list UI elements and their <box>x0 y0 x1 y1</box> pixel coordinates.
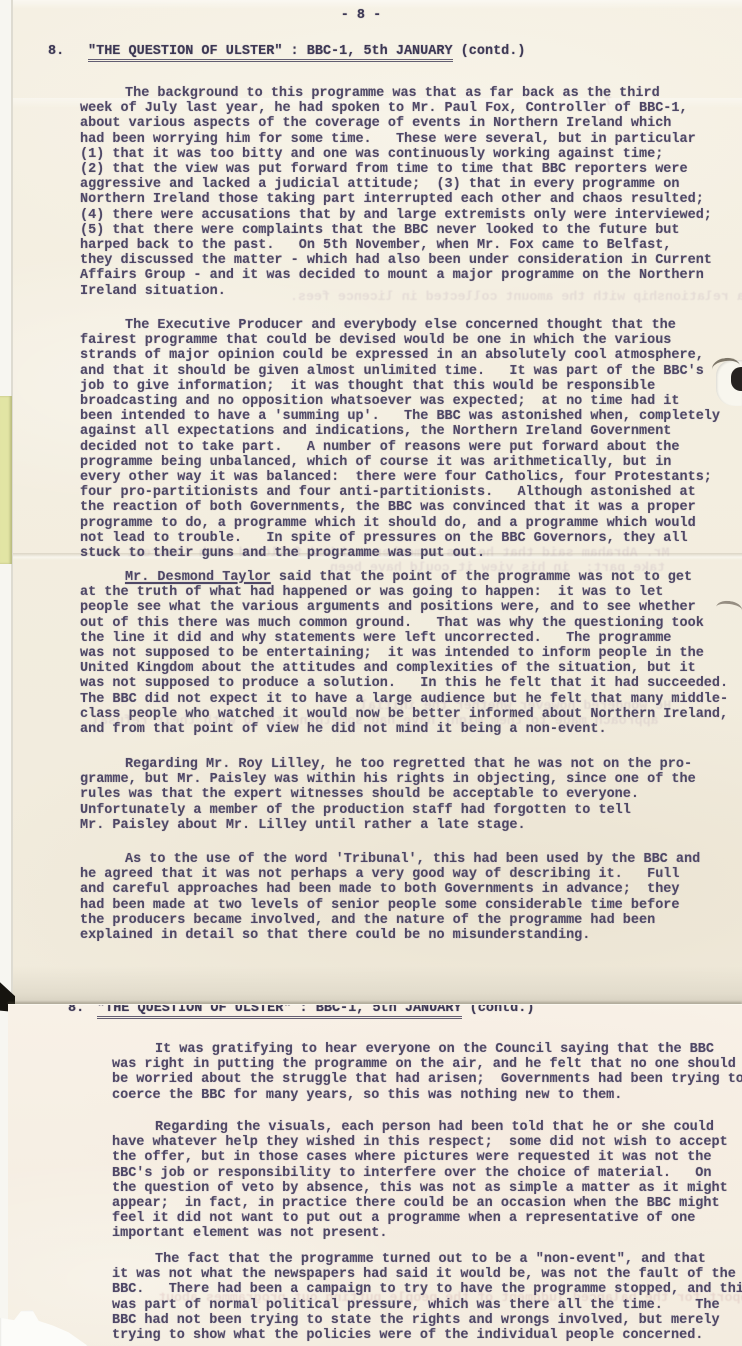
page-number: - 8 - <box>286 8 436 23</box>
section-heading-contd-suffix: (contd.) <box>462 1004 535 1016</box>
paragraph-tribunal: As to the use of the word 'Tribunal', th… <box>80 852 700 943</box>
speaker-name-underlined: Mr. Desmond Taylor <box>125 570 271 585</box>
section-heading-contd: "THE QUESTION OF ULSTER" : BBC-1, 5th JA… <box>97 1004 534 1016</box>
section-heading: "THE QUESTION OF ULSTER" : BBC-1, 5th JA… <box>88 44 525 59</box>
right-edge-tear-gap <box>731 367 742 391</box>
paragraph-desmond-taylor-body: said that the point of the programme was… <box>80 570 728 737</box>
paragraph-executive-producer: The Executive Producer and everybody els… <box>80 318 720 561</box>
paragraph-visuals: Regarding the visuals, each person had b… <box>112 1120 728 1242</box>
section-number-contd: 8. <box>68 1004 84 1016</box>
page-2-sheet: 8. "THE QUESTION OF ULSTER" : BBC-1, 5th… <box>8 1004 742 1346</box>
paragraph-gratifying: It was gratifying to hear everyone on th… <box>112 1042 742 1103</box>
paragraph-background: The background to this programme was tha… <box>80 86 712 299</box>
paragraph-non-event: The fact that the programme turned out t… <box>112 1252 742 1343</box>
section-heading-contd-underlined: "THE QUESTION OF ULSTER" : BBC-1, 5th JA… <box>97 1004 462 1019</box>
page-1-bottom-shadow <box>13 966 742 1005</box>
paragraph-roy-lilley: Regarding Mr. Roy Lilley, he too regrett… <box>80 757 696 833</box>
section-number: 8. <box>48 44 64 59</box>
green-paper-sliver <box>0 396 12 564</box>
section-heading-suffix: (contd.) <box>453 44 526 59</box>
scanned-document: - 7 - have a relationship with the amoun… <box>0 0 742 1346</box>
section-heading-underlined: "THE QUESTION OF ULSTER" : BBC-1, 5th JA… <box>88 44 453 62</box>
paragraph-desmond-taylor: Mr. Desmond Taylor said that the point o… <box>80 570 728 737</box>
